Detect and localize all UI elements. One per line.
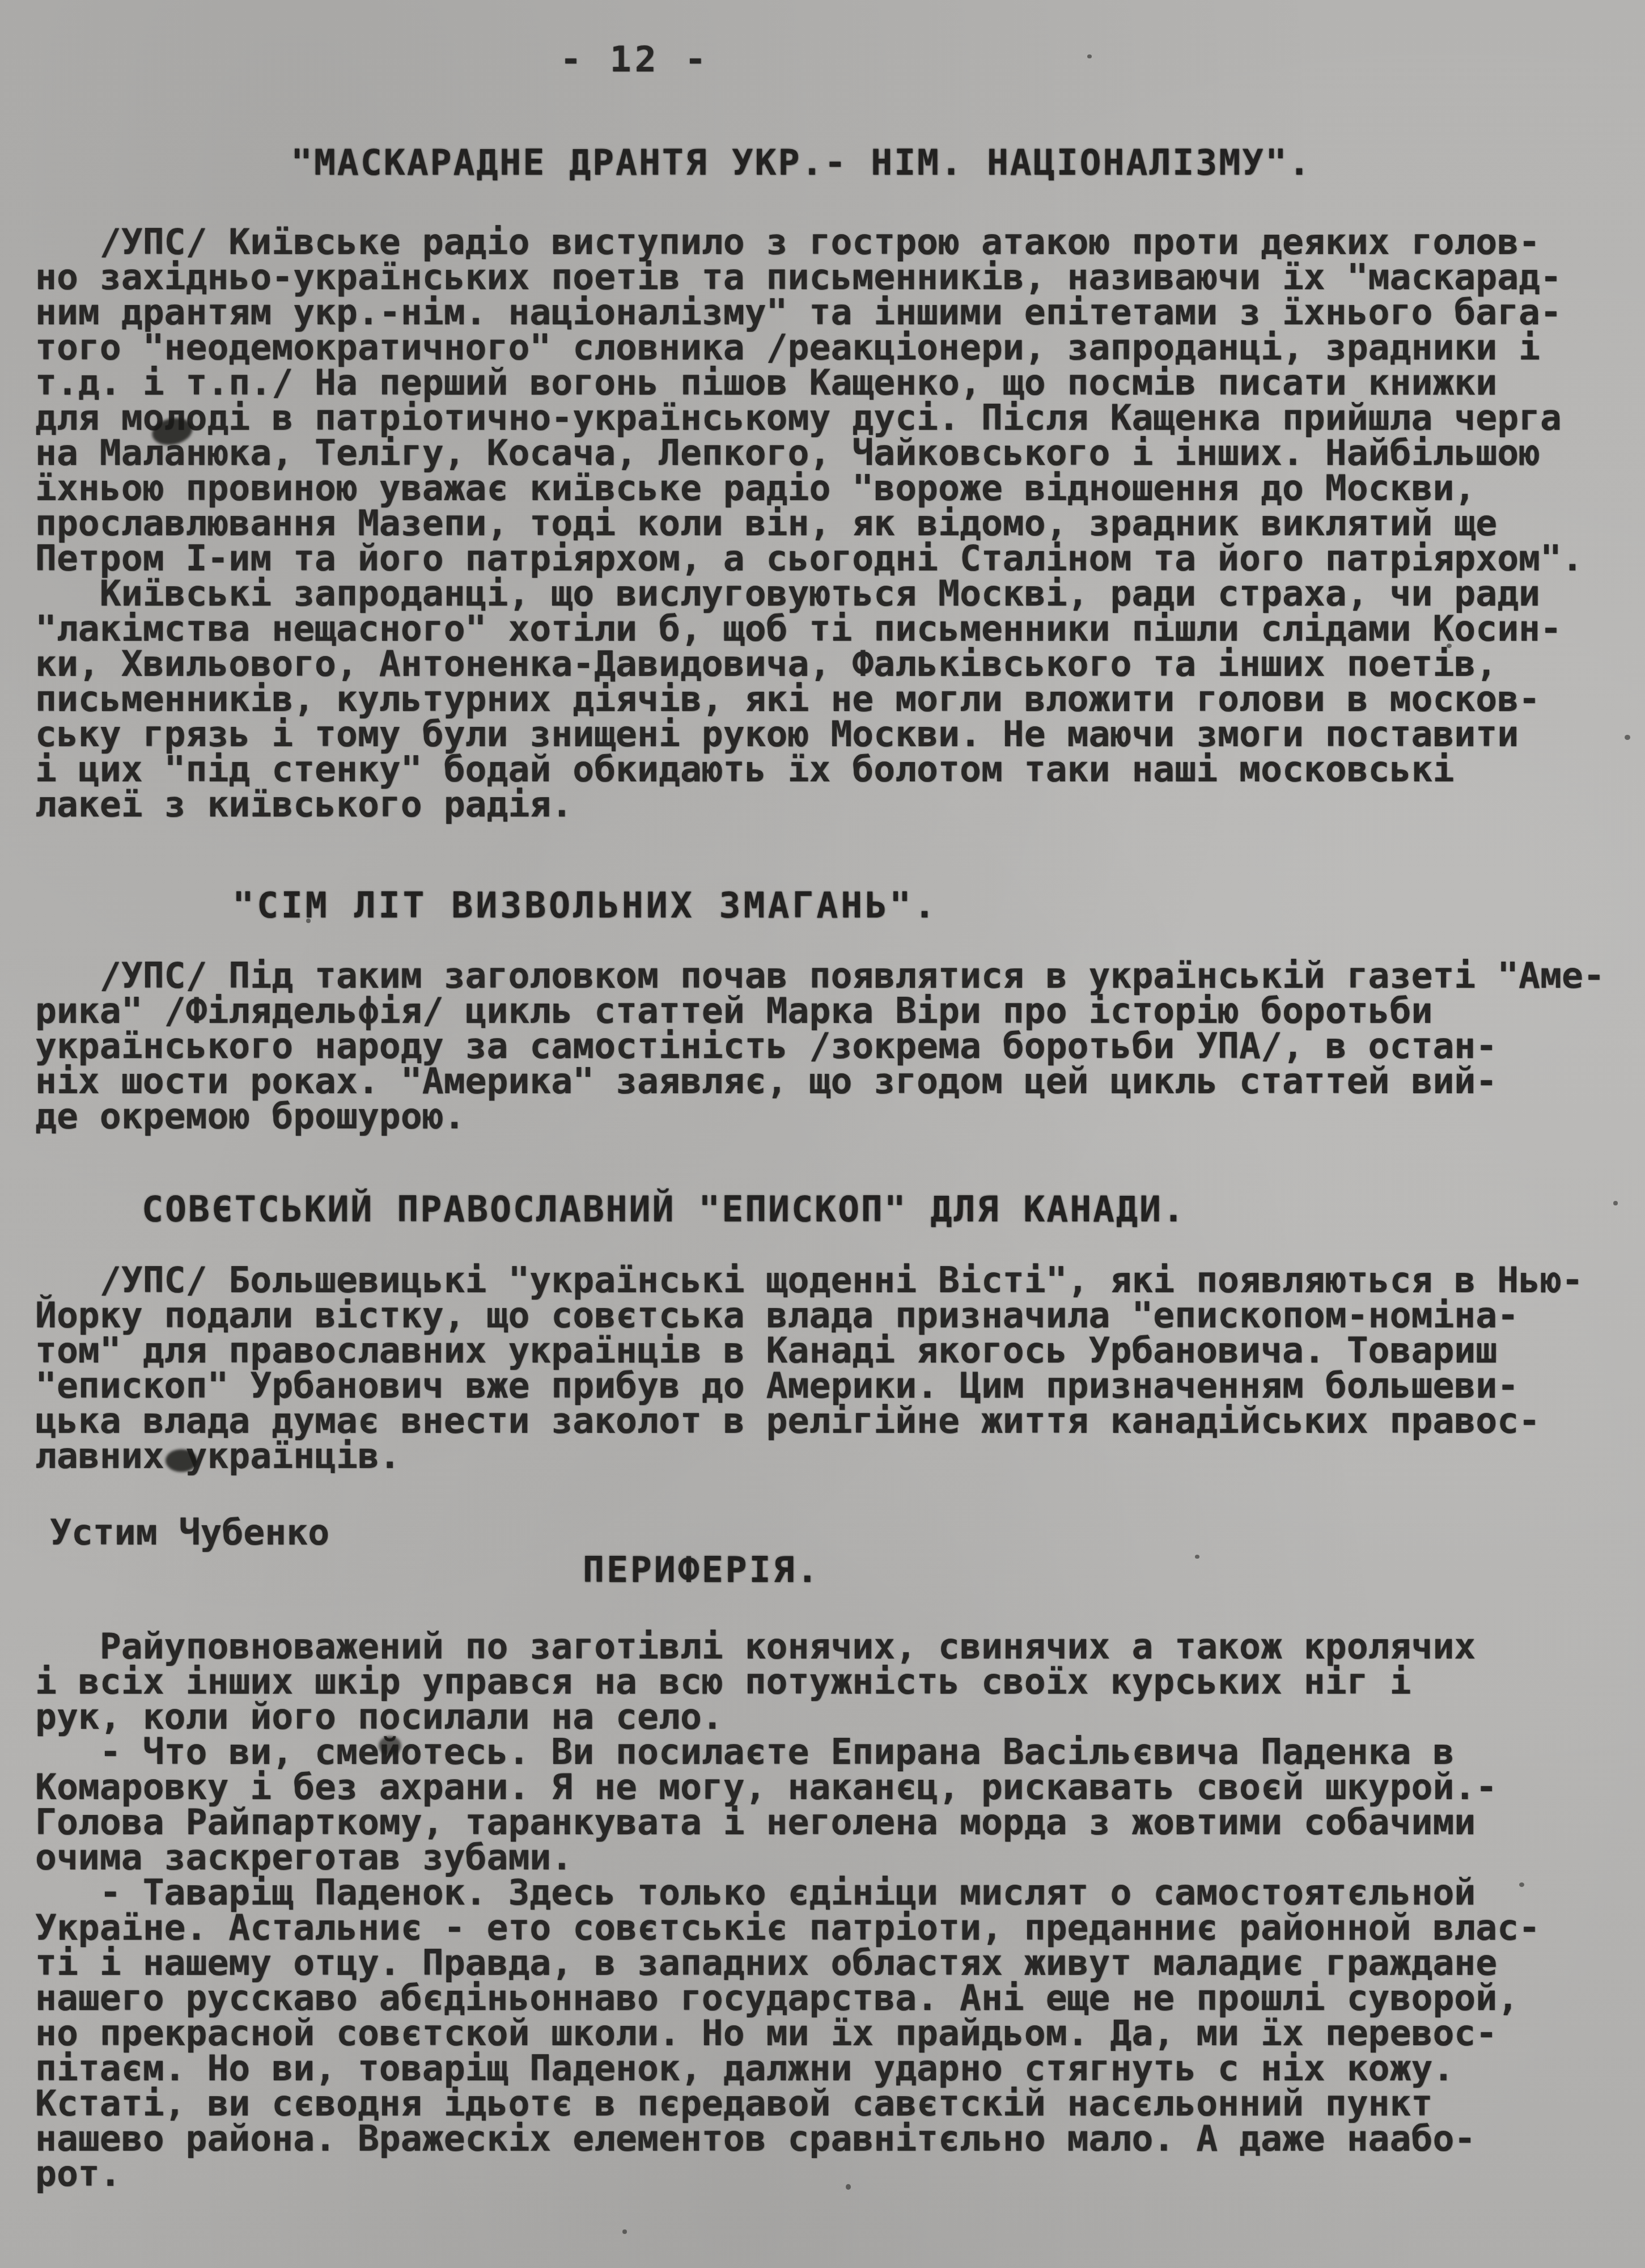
text-line: но західньо-українських поетів та письме… <box>35 260 1583 295</box>
text-line: ті і нашему отцу. Правда, в западних обл… <box>35 1945 1540 1981</box>
article-1-paragraph-1: /УПС/ Київське радіо виступило з гострою… <box>35 225 1583 576</box>
dust-speck <box>1087 54 1092 58</box>
article-1-paragraph-2: Київські запроданці, що вислуговуються М… <box>35 576 1562 822</box>
text-line: т.д. і т.п./ На перший вогонь пішов Каще… <box>35 365 1583 400</box>
dust-speck <box>1519 1882 1524 1887</box>
text-line: Україне. Астальниє - ето совєтськіє патр… <box>35 1910 1540 1945</box>
ink-blot <box>379 1736 401 1755</box>
page-number: - 12 - <box>560 42 710 77</box>
text-line: їхньою провиною уважає київське радіо "в… <box>35 471 1583 506</box>
dust-speck <box>1625 735 1630 740</box>
article-2-paragraph-1: /УПС/ Під таким заголовком почав появлят… <box>35 958 1605 1134</box>
text-line: Петром І-им та його патріярхом, а сьогод… <box>35 541 1583 576</box>
dust-speck <box>1447 644 1452 648</box>
text-line: но прекрасной совєтской школи. Но ми їх … <box>35 2016 1540 2051</box>
text-line: прославлювання Мазепи, тоді коли він, як… <box>35 506 1583 541</box>
text-line: на Маланюка, Телігу, Косача, Лепкого, Ча… <box>35 435 1583 471</box>
dust-speck <box>1195 1555 1199 1559</box>
text-line: де окремою брошурою. <box>35 1099 1605 1134</box>
text-line: Райуповноважений по заготівлі конячих, с… <box>35 1629 1540 1664</box>
text-line: /УПС/ Большевицькі "українські щоденні В… <box>35 1263 1583 1298</box>
text-line: /УПС/ Київське радіо виступило з гострою… <box>35 225 1583 260</box>
text-line: і цих "під стенку" бодай обкидають їх бо… <box>35 752 1562 787</box>
text-line: рук, коли його посилали на село. <box>35 1699 1540 1734</box>
text-line: /УПС/ Під таким заголовком почав появлят… <box>35 958 1605 993</box>
text-line: том" для православних українців в Канаді… <box>35 1333 1583 1368</box>
dust-speck <box>622 2229 627 2234</box>
dust-speck <box>190 1819 196 1823</box>
text-line: ніх шости роках. "Америка" заявляє, що з… <box>35 1064 1605 1099</box>
dust-speck <box>846 2184 851 2190</box>
article-3-title: СОВЄТСЬКИЙ ПРАВОСЛАВНИЙ "ЕПИСКОП" ДЛЯ КА… <box>142 1192 1186 1227</box>
text-line: лавних українців. <box>35 1438 1583 1474</box>
text-line: письменників, культурних діячів, які не … <box>35 682 1562 717</box>
text-line: ним дрантям укр.-нім. націоналізму" та і… <box>35 295 1583 330</box>
text-line: українського народу за самостіність /зок… <box>35 1029 1605 1064</box>
text-line: очима заскреготав зубами. <box>35 1840 1540 1875</box>
scanned-page: - 12 - "МАСКАРАДНЕ ДРАНТЯ УКР.- НІМ. НАЦ… <box>0 0 1645 2268</box>
text-line: для молоді в патріотично-українському ду… <box>35 400 1583 435</box>
article-1-title: "МАСКАРАДНЕ ДРАНТЯ УКР.- НІМ. НАЦІОНАЛІЗ… <box>291 145 1312 180</box>
text-line: Київські запроданці, що вислуговуються М… <box>35 576 1562 611</box>
article-4-byline: Устим Чубенко <box>50 1515 329 1550</box>
text-line: Кстаті, ви сєводня ідьотє в пєредавой са… <box>35 2086 1540 2121</box>
article-2-title: "СІМ ЛІТ ВИЗВОЛЬНИХ ЗМАГАНЬ". <box>232 888 938 923</box>
article-4-title: ПЕРИФЕРІЯ. <box>583 1552 820 1588</box>
text-line: цька влада думає внести заколот в релігі… <box>35 1403 1583 1438</box>
article-4-paragraph-1: Райуповноважений по заготівлі конячих, с… <box>35 1629 1540 2191</box>
text-line: Комаровку і без ахрани. Я не могу, накан… <box>35 1770 1540 1805</box>
text-line: рика" /Філядельфія/ цикль статтей Марка … <box>35 993 1605 1029</box>
text-line: і всіх інших шкір управся на всю потужні… <box>35 1664 1540 1699</box>
text-line: ську грязь і тому були знищені рукою Мос… <box>35 717 1562 752</box>
text-line: лакеї з київського радія. <box>35 787 1562 822</box>
text-line: - Таваріщ Паденок. Здесь только єдініци … <box>35 1875 1540 1910</box>
text-line: рот. <box>35 2156 1540 2191</box>
text-line: Голова Райпарткому, таранкувата і неголе… <box>35 1805 1540 1840</box>
text-line: того "неодемократичного" словника /реакц… <box>35 330 1583 365</box>
text-line: нашево района. Вражескіх елементов сравн… <box>35 2121 1540 2156</box>
text-line: "епископ" Урбанович вже прибув до Америк… <box>35 1368 1583 1403</box>
text-line: нашего русскаво абєдіньоннаво государств… <box>35 1981 1540 2016</box>
article-3-paragraph-1: /УПС/ Большевицькі "українські щоденні В… <box>35 1263 1583 1474</box>
text-line: ки, Хвильового, Антоненка-Давидовича, Фа… <box>35 646 1562 682</box>
dust-speck <box>1613 1201 1618 1205</box>
dust-speck <box>306 919 311 923</box>
text-line: "лакімства нещасного" хотіли б, щоб ті п… <box>35 611 1562 646</box>
ink-blot <box>166 1449 197 1472</box>
text-line: пітаєм. Но ви, товаріщ Паденок, далжни у… <box>35 2051 1540 2086</box>
text-line: Йорку подали вістку, що совєтська влада … <box>35 1298 1583 1333</box>
text-line: - Что ви, смейотесь. Ви посилаєте Епиран… <box>35 1734 1540 1770</box>
